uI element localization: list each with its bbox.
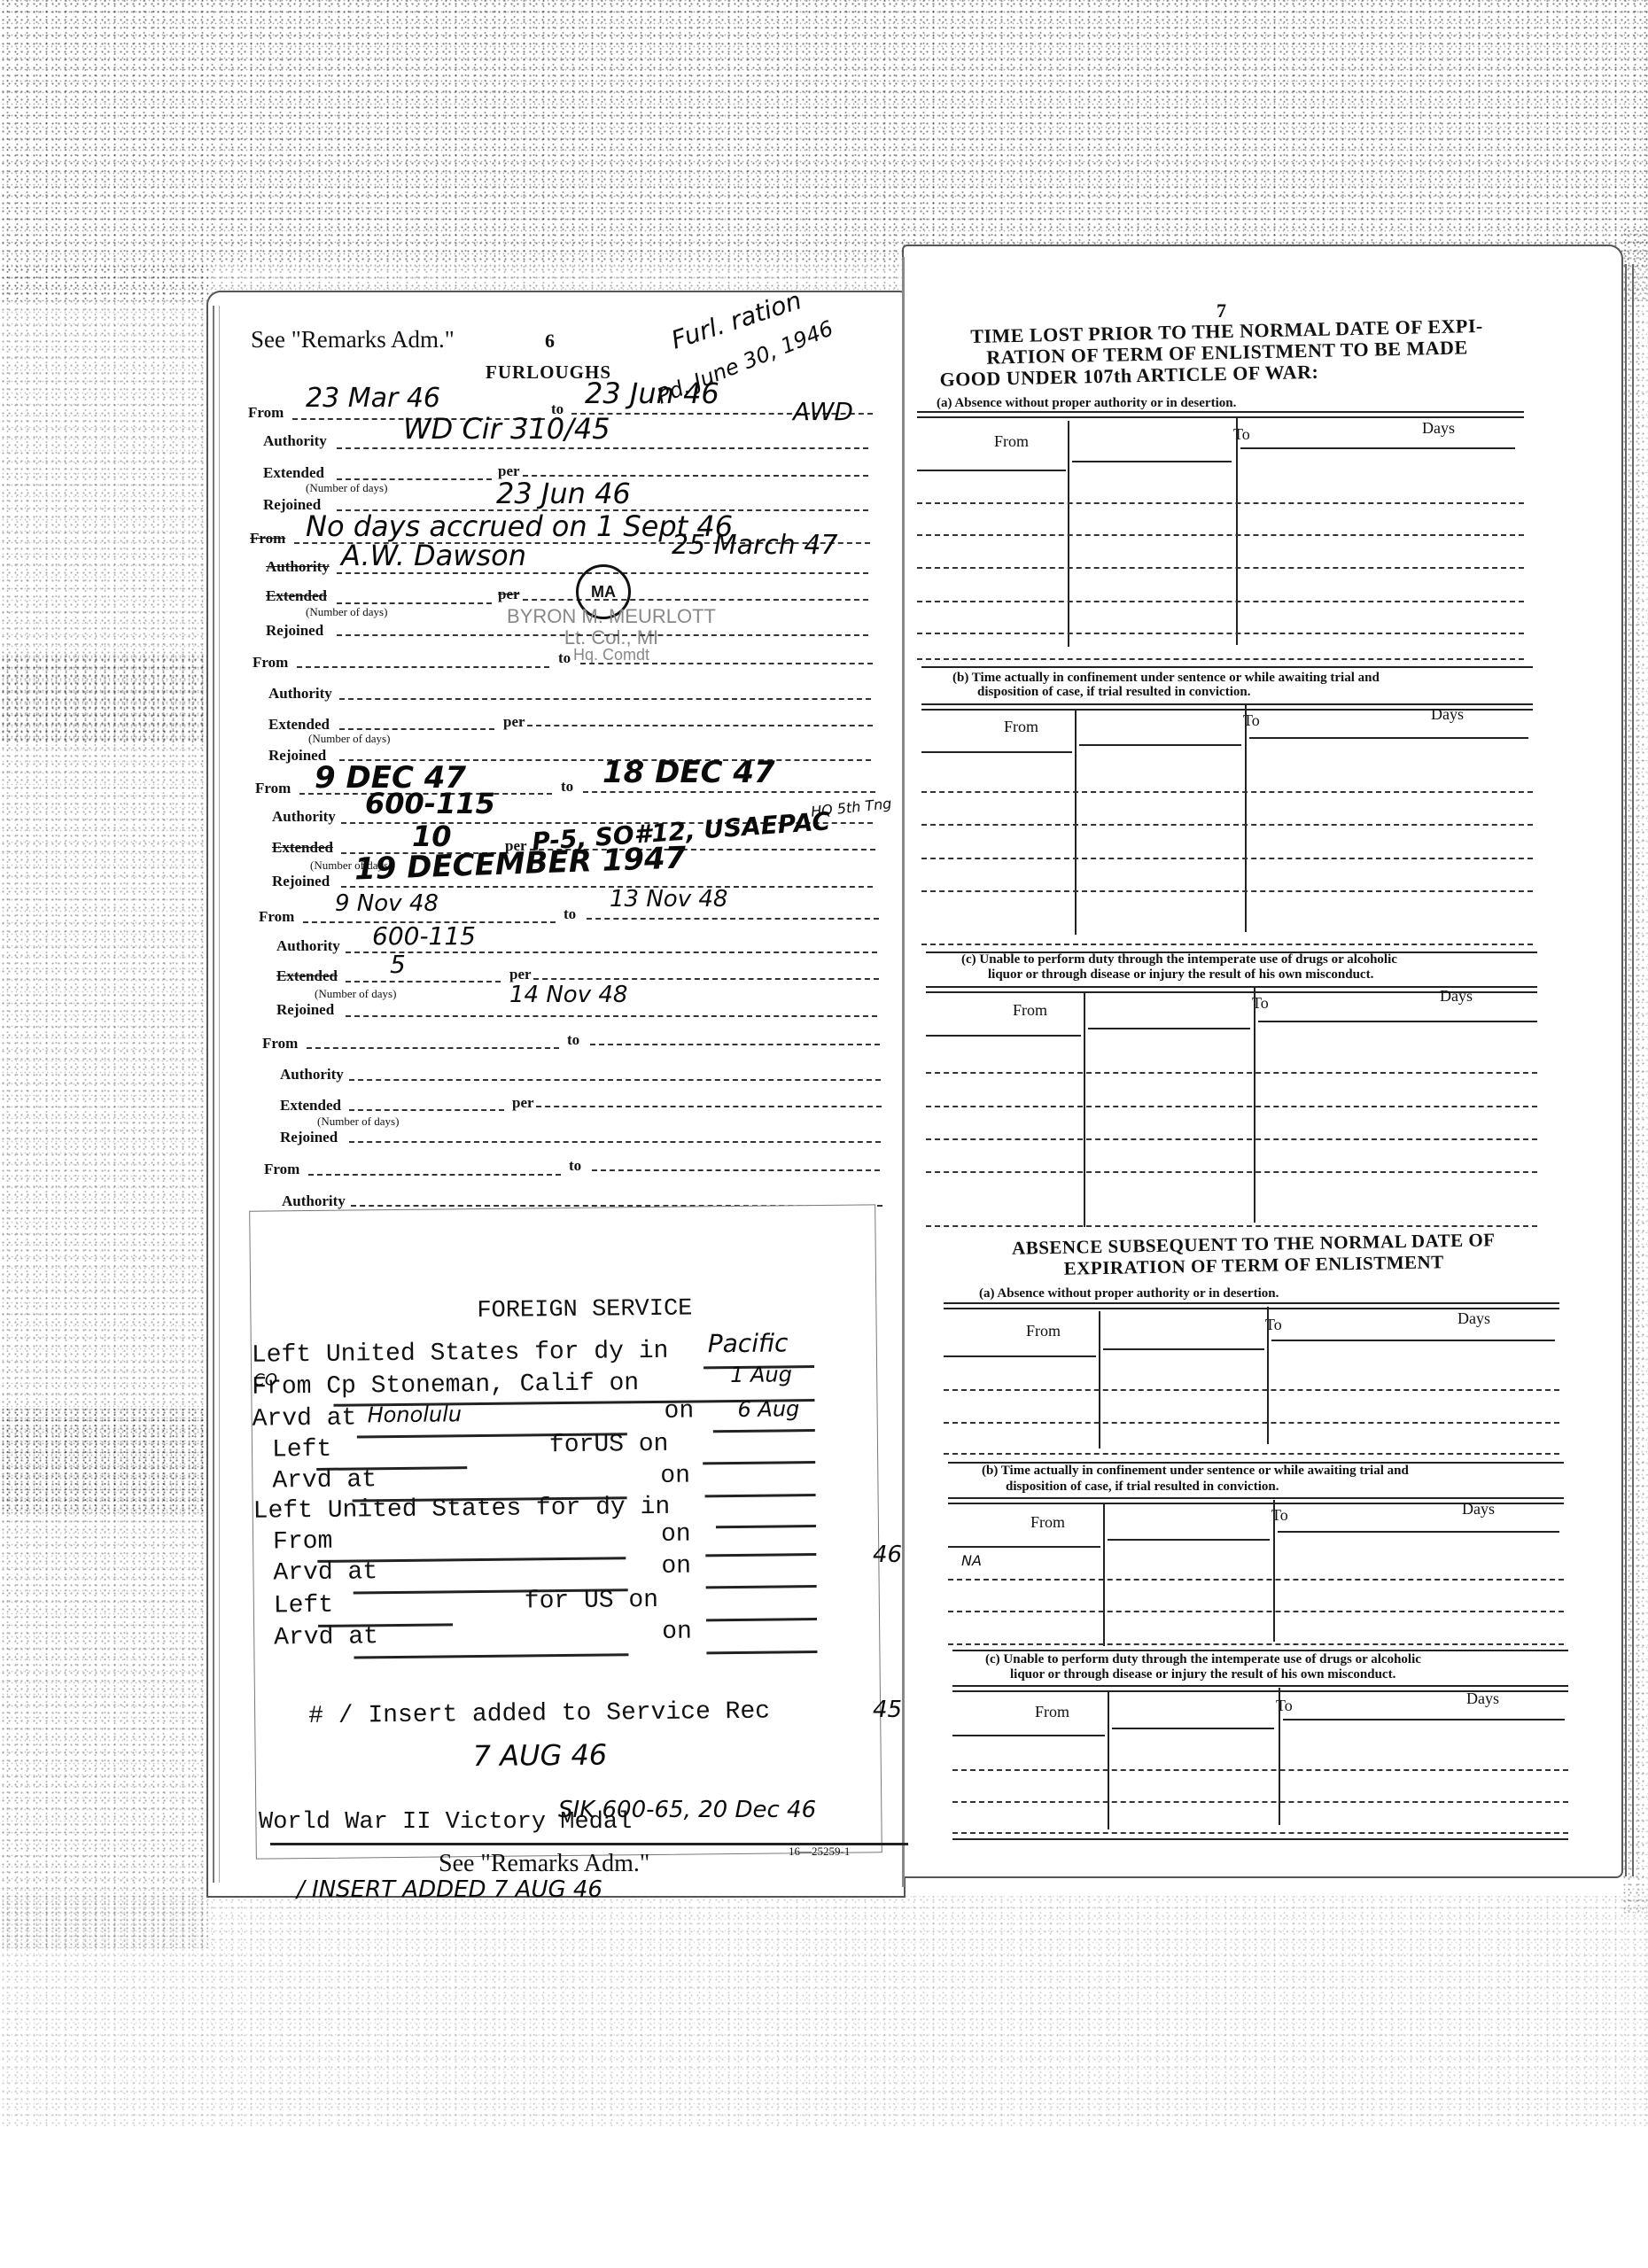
table-row[interactable] (921, 824, 1533, 826)
insert-line-10-label: Arvd at (274, 1623, 378, 1651)
insert-line-9-on-field[interactable] (706, 1618, 817, 1621)
from-label: From (255, 780, 291, 797)
from-label: From (253, 654, 288, 672)
authority-line[interactable] (337, 447, 868, 449)
insert-line-2-value: 1 Aug (730, 1362, 792, 1387)
header-rule (921, 751, 1072, 753)
header-rule (944, 1355, 1096, 1357)
rejoined-line[interactable] (337, 634, 868, 636)
footer-handwritten: / INSERT ADDED 7 AUG 46 (297, 1876, 602, 1903)
table-caption-line-2: liquor or through disease or injury the … (988, 967, 1373, 983)
medal-handwritten: SIK 600-65, 20 Dec 46 (558, 1797, 816, 1823)
header-rule (1283, 1719, 1565, 1720)
insert-line-6-field[interactable] (716, 1525, 816, 1528)
rejoined-label: Rejoined (272, 873, 330, 890)
scan-noise-left-band-2 (0, 1409, 208, 1515)
table-top-rule (921, 666, 1533, 668)
insert-line-2-label: From Cp Stoneman, Calif on (252, 1370, 639, 1402)
insert-line-4-mid: forUS on (549, 1431, 669, 1459)
signature-title: Hq. Comdt (478, 649, 744, 661)
header-rule (926, 1035, 1081, 1037)
signature-name: BYRON M. MEURLOTT (478, 606, 744, 627)
number-of-days-label: (Number of days) (306, 481, 387, 495)
rejoined-label: Rejoined (280, 1129, 338, 1146)
furlough-1-from: 23 Mar 46 (306, 383, 440, 414)
insert-title: FOREIGN SERVICE (477, 1295, 692, 1324)
from-label: From (264, 1161, 299, 1178)
table-row[interactable] (944, 1453, 1559, 1455)
insert-line-3-label: Arvd at (252, 1404, 356, 1433)
rejoined-line[interactable] (341, 886, 873, 888)
insert-line-8-on-field[interactable] (706, 1585, 817, 1588)
per-line[interactable] (523, 599, 868, 601)
to-label: to (569, 1157, 581, 1175)
table-caption-line-1: (c) Unable to perform duty through the i… (985, 1652, 1421, 1667)
table-row[interactable] (926, 1225, 1537, 1227)
header-rule (952, 1735, 1105, 1736)
per-label: per (498, 586, 520, 603)
column-header-from: From (1013, 1001, 1047, 1020)
per-label: per (512, 1094, 534, 1112)
column-divider (1084, 992, 1085, 1227)
to-label: to (567, 1031, 579, 1049)
rejoined-line[interactable] (346, 1015, 877, 1017)
header-rule (1271, 1340, 1555, 1341)
authority-label: Authority (282, 1192, 346, 1210)
authority-label: Authority (280, 1066, 344, 1084)
furlough-2-signature: A.W. Dawson (341, 539, 526, 572)
column-header-from: From (1004, 718, 1038, 736)
insert-line-5-label: Arvd at (272, 1466, 377, 1495)
column-header-days: Days (1458, 1309, 1490, 1328)
furlough-5-extended-days: 5 (390, 950, 406, 979)
header-rule (1088, 1028, 1250, 1029)
per-label: per (503, 713, 525, 731)
header-rule (1079, 744, 1241, 746)
column-header-days: Days (1440, 987, 1473, 1006)
table-row[interactable] (921, 791, 1533, 793)
rejoined-line[interactable] (349, 1141, 881, 1143)
furlough-5-from: 9 Nov 48 (335, 890, 439, 917)
footer-note: See "Remarks Adm." (439, 1850, 649, 1878)
scan-noise-bottom (0, 1896, 1648, 2126)
table-caption-line-2: liquor or through disease or injury the … (1010, 1667, 1395, 1682)
foreign-service-insert: FOREIGN SERVICE Left United States for d… (249, 1204, 882, 1859)
right-page (904, 246, 1621, 1876)
table-caption-line-1: (b) Time actually in confinement under s… (982, 1464, 1409, 1479)
table-row[interactable] (917, 567, 1524, 569)
number-of-days-label: (Number of days) (306, 605, 387, 619)
insert-line-8-on: on (661, 1553, 691, 1581)
insert-line-3-value: Honolulu (367, 1402, 462, 1427)
extended-label: Extended (268, 716, 330, 734)
insert-footer-typed: # / Insert added to Service Rec (308, 1698, 770, 1730)
column-header-from: From (1035, 1703, 1069, 1721)
table-caption: (a) Absence without proper authority or … (937, 396, 1236, 411)
authority-label: Authority (276, 937, 340, 955)
authority-line[interactable] (346, 951, 877, 953)
furlough-2-authority-date: 25 March 47 (672, 530, 838, 561)
insert-line-9-label: Left (274, 1592, 334, 1620)
to-line[interactable] (587, 918, 879, 920)
table-row[interactable] (921, 944, 1533, 945)
left-page-binding (213, 306, 220, 1883)
header-rule (1108, 1539, 1270, 1541)
authority-label: Authority (272, 808, 336, 826)
authority-label: Authority (266, 558, 330, 576)
table-caption-line-2: disposition of case, if trial resulted i… (1006, 1480, 1279, 1495)
insert-line-10-field[interactable] (354, 1653, 628, 1658)
insert-footer-handwritten: 7 AUG 46 (472, 1738, 607, 1774)
authority-line[interactable] (349, 1079, 881, 1081)
insert-line-1-value: Pacific (708, 1328, 789, 1358)
column-divider (1245, 705, 1247, 932)
column-header-from: From (994, 432, 1029, 451)
insert-line-7-on: on (661, 1521, 691, 1549)
table-caption-line-1: (c) Unable to perform duty through the i… (961, 952, 1397, 967)
table-row[interactable] (952, 1801, 1568, 1803)
insert-line-5-on: on (660, 1463, 690, 1490)
header-rule (1240, 447, 1515, 449)
insert-line-3-on-value: 6 Aug (737, 1396, 799, 1422)
from-line[interactable] (297, 666, 549, 668)
table-row[interactable] (952, 1769, 1568, 1771)
to-line[interactable] (580, 663, 873, 664)
table-row[interactable] (926, 1138, 1537, 1140)
extended-label: Extended (272, 839, 333, 857)
furlough-1-initials: AWD (793, 397, 853, 426)
table-caption: (a) Absence without proper authority or … (979, 1286, 1279, 1301)
header-rule (1072, 461, 1232, 462)
column-divider (1099, 1311, 1100, 1449)
extended-days-line[interactable] (349, 1109, 504, 1111)
insert-line-8-label: Arvd at (273, 1558, 377, 1587)
per-label: per (509, 966, 532, 983)
table-row[interactable] (944, 1389, 1559, 1391)
header-rule (1258, 1021, 1537, 1022)
to-label: to (564, 905, 576, 923)
table-cell-from: NA (961, 1552, 982, 1569)
furlough-5-authority: 600-115 (372, 921, 476, 951)
table-row[interactable] (948, 1579, 1564, 1581)
table-bottom-rule (952, 1838, 1568, 1840)
insert-line-3-on: on (664, 1397, 694, 1425)
column-divider (1103, 1504, 1105, 1646)
number-of-days-label: (Number of days) (315, 987, 396, 1001)
insert-line-7-on-field[interactable] (705, 1553, 816, 1557)
column-divider (1108, 1692, 1109, 1829)
page-number: 6 (545, 330, 555, 353)
edge-mark-46: 46 (873, 1542, 902, 1568)
column-header-days: Days (1422, 419, 1455, 438)
table-row[interactable] (944, 1422, 1559, 1424)
rejoined-label: Rejoined (276, 1001, 334, 1019)
column-header-days: Days (1466, 1689, 1499, 1708)
insert-line-1-label: Left United States for dy in (252, 1338, 669, 1370)
header-note: See "Remarks Adm." (251, 326, 455, 353)
furlough-5-to: 13 Nov 48 (610, 886, 727, 913)
authority-line[interactable] (339, 698, 871, 700)
from-line[interactable] (307, 1047, 559, 1049)
extended-days-line[interactable] (337, 602, 492, 604)
header-rule (1249, 737, 1528, 739)
furlough-1-to: 23 Jun 46 (585, 377, 719, 410)
extended-days-line[interactable] (337, 478, 492, 480)
header-rule (1103, 1348, 1264, 1350)
to-line[interactable] (590, 1044, 880, 1045)
table-top-rule (952, 1650, 1568, 1651)
form-number: 16—25259-1 (789, 1845, 850, 1859)
insert-line-4-on-field[interactable] (703, 1461, 815, 1464)
header-rule (917, 470, 1066, 471)
from-label: From (262, 1035, 298, 1052)
column-header-days: Days (1462, 1500, 1495, 1518)
number-of-days-label: (Number of days) (317, 1115, 399, 1129)
section1-title: TIME LOST PRIOR TO THE NORMAL DATE OF EX… (912, 315, 1542, 392)
table-row[interactable] (917, 534, 1524, 536)
header-rule (948, 1546, 1100, 1548)
from-label: From (248, 404, 284, 422)
table-top-rule (944, 1302, 1559, 1309)
furlough-1-authority: WD Cir 310/45 (403, 412, 610, 446)
to-line[interactable] (583, 791, 875, 793)
signature-block: BYRON M. MEURLOTT Lt. Col., MI Hq. Comdt (478, 606, 744, 661)
furlough-5-rejoined: 14 Nov 48 (509, 982, 627, 1008)
insert-line-10-on-field[interactable] (706, 1651, 817, 1654)
header-rule (1278, 1531, 1559, 1533)
table-row[interactable] (921, 858, 1533, 859)
column-divider (1279, 1688, 1280, 1825)
extended-days-line[interactable] (346, 981, 501, 983)
table-row[interactable] (917, 601, 1524, 602)
number-of-days-label: (Number of days) (308, 732, 390, 746)
to-label: to (558, 649, 571, 667)
scan-noise-top (0, 0, 1648, 266)
from-line[interactable] (308, 1174, 561, 1176)
table-row[interactable] (948, 1611, 1564, 1612)
table-row[interactable] (926, 1171, 1537, 1173)
insert-line-7-label: From (273, 1528, 333, 1557)
from-label: From (250, 530, 285, 548)
table-row[interactable] (952, 1832, 1568, 1834)
extended-days-line[interactable] (339, 728, 494, 730)
table-row[interactable] (948, 1643, 1564, 1645)
column-divider (1075, 709, 1077, 935)
insert-line-6-label: Left United States for dy in (253, 1494, 671, 1526)
table-top-rule (917, 411, 1524, 418)
extended-label: Extended (263, 464, 324, 482)
column-header-from: From (1026, 1322, 1061, 1340)
extended-label: Extended (266, 587, 327, 605)
column-divider (1273, 1500, 1275, 1642)
book-spine (902, 257, 905, 1887)
authority-label: Authority (263, 432, 327, 450)
table-row[interactable] (921, 890, 1533, 892)
per-line[interactable] (527, 725, 873, 726)
edge-mark-45: 45 (873, 1697, 902, 1723)
table-caption-line-1: (b) Time actually in confinement under s… (952, 671, 1380, 686)
insert-line-4-label: Left (272, 1436, 332, 1464)
column-divider (1236, 416, 1238, 645)
extended-label: Extended (276, 967, 338, 985)
extended-label: Extended (280, 1097, 341, 1115)
column-header-days: Days (1431, 705, 1464, 724)
table-row[interactable] (917, 633, 1524, 634)
to-line[interactable] (592, 1169, 880, 1171)
furlough-4-to: 18 DEC 47 (602, 755, 775, 790)
per-line[interactable] (533, 978, 879, 980)
insert-margin-initials: CO (253, 1371, 277, 1389)
scan-noise-left-band (0, 656, 208, 744)
insert-line-3-on-field[interactable] (713, 1429, 815, 1433)
insert-line-5-on-field[interactable] (705, 1494, 816, 1497)
insert-line-9-mid: for US on (525, 1587, 659, 1616)
authority-label: Authority (268, 685, 332, 703)
table-row[interactable] (926, 1072, 1537, 1074)
insert-line-10-on: on (662, 1619, 692, 1646)
column-header-from: From (1030, 1513, 1065, 1532)
table-row[interactable] (917, 502, 1524, 504)
rejoined-label: Rejoined (266, 622, 323, 640)
furlough-4-authority: 600-115 (365, 787, 495, 820)
scan-noise-left (0, 266, 208, 1949)
from-label: From (259, 908, 294, 926)
furlough-1-rejoined: 23 Jun 46 (496, 477, 631, 510)
table-row[interactable] (917, 658, 1524, 660)
per-line[interactable] (536, 1106, 882, 1107)
to-label: to (561, 778, 573, 796)
header-rule (1112, 1728, 1274, 1729)
table-caption-line-2: disposition of case, if trial resulted i… (977, 685, 1250, 700)
table-row[interactable] (926, 1106, 1537, 1107)
